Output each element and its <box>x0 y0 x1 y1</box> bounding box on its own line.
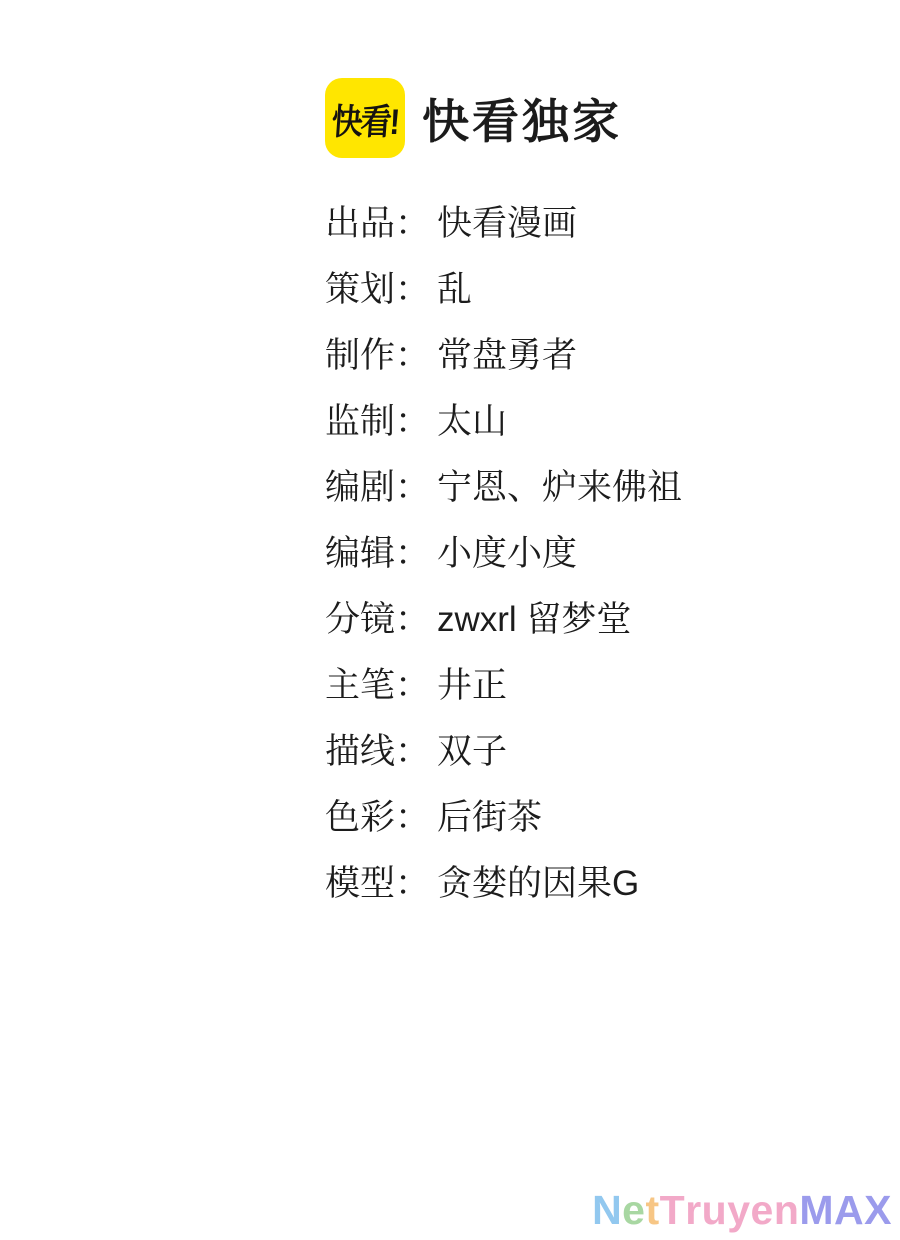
kuaikan-logo-icon: 快看! <box>325 78 405 158</box>
credit-label: 模型： <box>325 856 437 906</box>
credit-value: 乱 <box>437 262 472 312</box>
credit-value: 快看漫画 <box>437 196 577 246</box>
credit-row-lineart: 描线： 双子 <box>325 716 682 782</box>
credit-value: 双子 <box>437 724 507 774</box>
credit-value: 贪婪的因果G <box>437 856 639 906</box>
credit-row-model: 模型： 贪婪的因果G <box>325 848 682 914</box>
credits-list: 出品： 快看漫画 策划： 乱 制作： 常盘勇者 监制： 太山 编剧： 宁恩、炉来… <box>325 188 682 914</box>
watermark-letter: e <box>622 1187 645 1234</box>
watermark-letter: r <box>685 1187 701 1234</box>
credit-label: 制作： <box>325 328 437 378</box>
credit-value: 小度小度 <box>437 526 577 576</box>
site-watermark: NetTruyenMAX <box>592 1187 892 1234</box>
credit-row-color: 色彩： 后街茶 <box>325 782 682 848</box>
watermark-letter: t <box>645 1187 659 1234</box>
credit-label: 分镜： <box>325 592 437 642</box>
credit-label: 编剧： <box>325 460 437 510</box>
watermark-letter: y <box>727 1187 750 1234</box>
credit-value: 太山 <box>437 394 507 444</box>
credit-label: 监制： <box>325 394 437 444</box>
credit-label: 色彩： <box>325 790 437 840</box>
logo-text: 快看! <box>330 92 400 144</box>
credit-value: zwxrl 留梦堂 <box>437 592 631 642</box>
credits-content: 快看! 快看独家 出品： 快看漫画 策划： 乱 制作： 常盘勇者 监制： 太山 … <box>325 78 682 914</box>
credit-row-supervisor: 监制： 太山 <box>325 386 682 452</box>
credit-label: 策划： <box>325 262 437 312</box>
credit-value: 井正 <box>437 658 507 708</box>
watermark-letter: A <box>834 1187 864 1234</box>
comic-credits-page: 快看! 快看独家 出品： 快看漫画 策划： 乱 制作： 常盘勇者 监制： 太山 … <box>0 0 900 1240</box>
credit-value: 宁恩、炉来佛祖 <box>437 460 682 510</box>
watermark-letter: M <box>799 1187 834 1234</box>
watermark-letter: T <box>660 1187 686 1234</box>
credit-row-producer: 出品： 快看漫画 <box>325 188 682 254</box>
credit-label: 主笔： <box>325 658 437 708</box>
credit-label: 编辑： <box>325 526 437 576</box>
brand-header: 快看! 快看独家 <box>325 78 682 158</box>
credit-row-lead-artist: 主笔： 井正 <box>325 650 682 716</box>
credit-label: 描线： <box>325 724 437 774</box>
credit-row-planning: 策划： 乱 <box>325 254 682 320</box>
credit-value: 常盘勇者 <box>437 328 577 378</box>
watermark-letter: X <box>864 1187 892 1234</box>
watermark-letter: N <box>592 1187 622 1234</box>
page-title: 快看独家 <box>422 85 622 152</box>
watermark-letter: n <box>774 1187 800 1234</box>
credit-row-storyboard: 分镜： zwxrl 留梦堂 <box>325 584 682 650</box>
watermark-letter: e <box>751 1187 774 1234</box>
credit-label: 出品： <box>325 196 437 246</box>
credit-value: 后街茶 <box>437 790 542 840</box>
credit-row-editor: 编辑： 小度小度 <box>325 518 682 584</box>
credit-row-production: 制作： 常盘勇者 <box>325 320 682 386</box>
credit-row-screenplay: 编剧： 宁恩、炉来佛祖 <box>325 452 682 518</box>
watermark-letter: u <box>702 1187 728 1234</box>
